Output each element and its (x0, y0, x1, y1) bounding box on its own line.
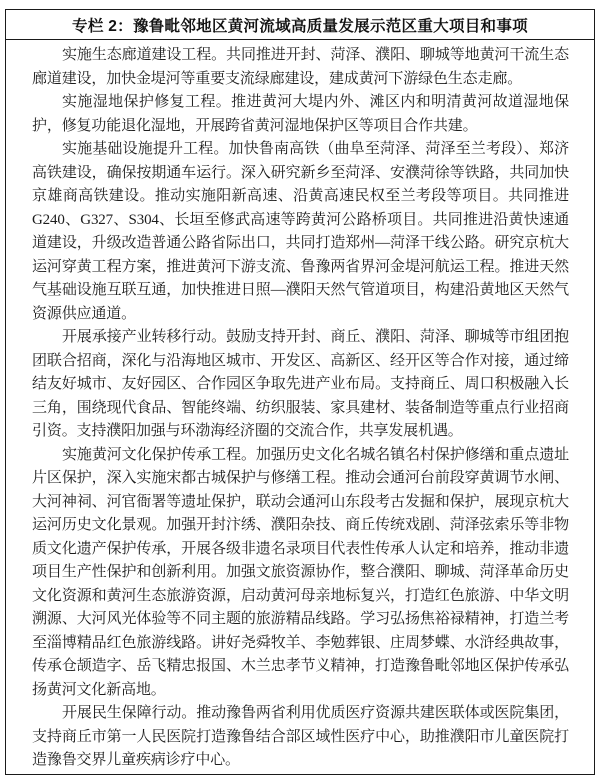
panel-title: 专栏 2：豫鲁毗邻地区黄河流域高质量发展示范区重大项目和事项 (72, 14, 528, 36)
paragraph-eco-corridor: 实施生态廊道建设工程。共同推进开封、菏泽、濮阳、聊城等地黄河干流生态廊道建设，加… (32, 44, 569, 91)
panel-body: 实施生态廊道建设工程。共同推进开封、菏泽、濮阳、聊城等地黄河干流生态廊道建设，加… (6, 40, 594, 773)
paragraph-livelihood: 开展民生保障行动。推动豫鲁两省利用优质医疗资源共建医联体或医院集团，支持商丘市第… (32, 702, 569, 773)
paragraph-culture-heritage: 实施黄河文化保护传承工程。加强历史文化名城名镇名村保护修缮和重点遗址片区保护，深… (32, 444, 569, 703)
panel-title-bar: 专栏 2：豫鲁毗邻地区黄河流域高质量发展示范区重大项目和事项 (6, 10, 594, 40)
paragraph-industry-transfer: 开展承接产业转移行动。鼓励支持开封、商丘、濮阳、菏泽、聊城等市组团抱团联合招商，… (32, 326, 569, 444)
column-panel: 专栏 2：豫鲁毗邻地区黄河流域高质量发展示范区重大项目和事项 实施生态廊道建设工… (5, 9, 595, 775)
paragraph-wetland-restoration: 实施湿地保护修复工程。推进黄河大堤内外、滩区内和明清黄河故道湿地保护，修复功能退… (32, 91, 569, 138)
paragraph-infrastructure: 实施基础设施提升工程。加快鲁南高铁（曲阜至菏泽、菏泽至兰考段）、郑济高铁建设，确… (32, 138, 569, 326)
